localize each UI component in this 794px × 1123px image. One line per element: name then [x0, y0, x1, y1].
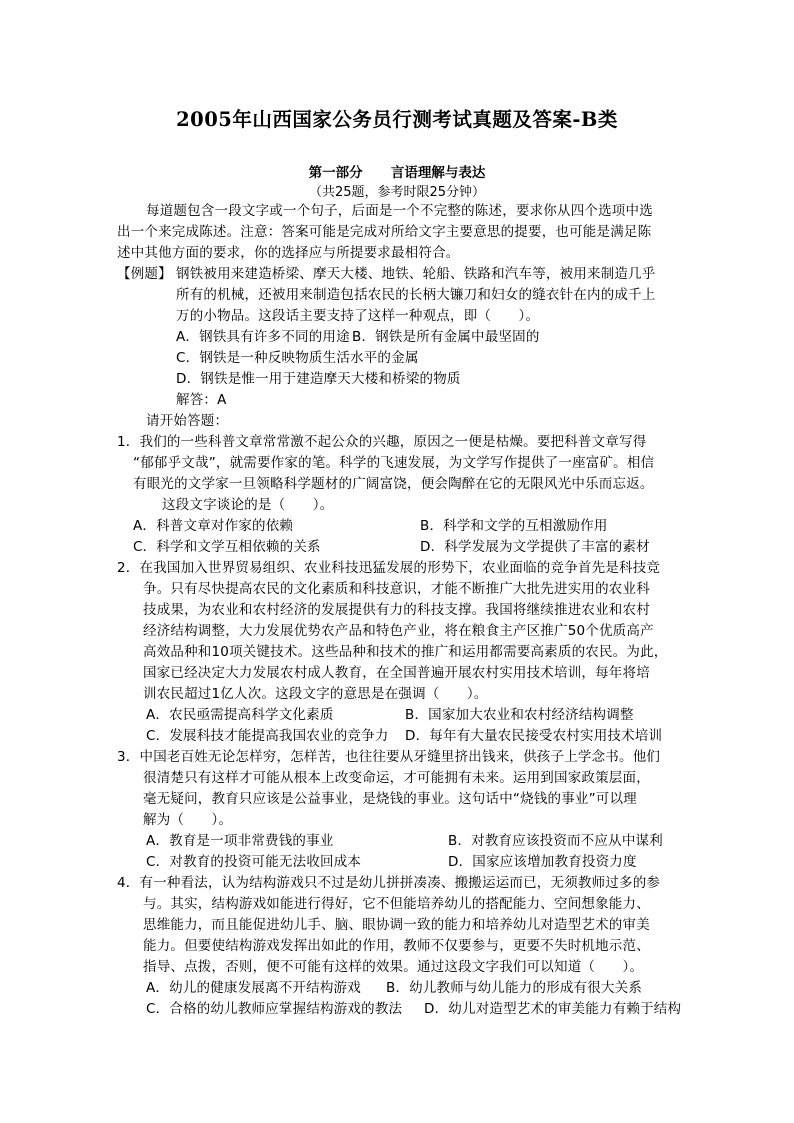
question-2-line: 高效品种和10项关键技术。这些品种和技术的推广和运用都需要高素质的农民。为此， [143, 642, 667, 663]
instructions-line: 每道题包含一段文字或一个句子，后面是一个不完整的陈述，要求你从四个选项中选 [146, 201, 653, 222]
question-4-line: 与。其实，结构游戏如能进行得好，它不但能培养幼儿的搭配能力、空间想象能力、 [143, 894, 650, 915]
example-option-a: A．钢铁具有许多不同的用途 [176, 327, 350, 348]
question-3-option-c: C．对教育的投资可能无法收回成本 [146, 852, 361, 873]
question-1-line: 1．我们的一些科普文章常常激不起公众的兴趣，原因之一便是枯燥。要把科普文章写得 [117, 432, 646, 453]
question-2-option-a: A．农民亟需提高科学文化素质 [146, 705, 334, 726]
question-1-option-c: C．科学和文学互相依赖的关系 [133, 537, 321, 558]
section-subtitle: （共25题，参考时限25分钟） [0, 181, 794, 200]
instructions-line: 出一个来完成陈述。注意：答案可能是完成对所给文字主要意思的提要，也可能是满足陈 [117, 222, 651, 243]
question-2-option-d: D．每年有大量农民接受农村实用技术培训 [405, 726, 662, 747]
question-2-option-b: B．国家加大农业和农村经济结构调整 [405, 705, 634, 726]
question-1-line: 有眼光的文学家一旦领略科学题材的广阔富饶，便会陶醉在它的无限风光中乐而忘返。 [133, 474, 654, 495]
example-line: 钢铁被用来建造桥梁、摩天大楼、地铁、轮船、铁路和汽车等，被用来制造几乎 [176, 264, 656, 285]
question-1-line: 这段文字谈论的是（ ）。 [162, 495, 333, 516]
start-prompt: 请开始答题： [146, 411, 228, 432]
question-1-option-b: B．科学和文学的互相激励作用 [420, 516, 608, 537]
question-2-line: 技成果，为农业和农村经济的发展提供有力的科技支撑。我国将继续推进农业和农村 [143, 600, 650, 621]
question-1-line: “郁郁乎文哉”，就需要作家的笔。科学的飞速发展，为文学写作提供了一座富矿。相信 [133, 453, 654, 474]
question-3-line: 解为（ ）。 [143, 810, 232, 831]
question-4-option-a: A．幼儿的健康发展离不开结构游戏 [146, 978, 361, 999]
section-heading: 第一部分 言语理解与表达 [0, 161, 794, 181]
question-3-line: 很清楚只有这样才可能从根本上改变命运，才可能拥有未来。运用到国家政策层面， [143, 768, 650, 789]
question-2-line: 争。只有尽快提高农民的文化素质和科技意识，才能不断推广大批先进实用的农业科 [143, 579, 650, 600]
instructions-line: 述中其他方面的要求，你的选择应与所提要求最相符合。 [117, 243, 460, 264]
question-4-option-c: C．合格的幼儿教师应掌握结构游戏的教法 [146, 999, 402, 1020]
example-option-b: B．钢铁是所有金属中最坚固的 [352, 327, 540, 348]
question-4-option-b: B．幼儿教师与幼儿能力的形成有很大关系 [386, 978, 642, 999]
question-4-line: 4．有一种看法，认为结构游戏只不过是幼儿拼拼凑凑、搬搬运运而已，无须教师过多的参 [117, 873, 660, 894]
question-2-line: 国家已经决定大力发展农村成人教育，在全国普遍开展农村实用技术培训，每年将培 [143, 663, 650, 684]
question-2-line: 2．在我国加入世界贸易组织、农业科技迅猛发展的形势下，农业面临的竞争首先是科技竞 [117, 558, 660, 579]
example-option-c: C．钢铁是一种反映物质生活水平的金属 [176, 348, 419, 369]
example-line: 万的小物品。这段话主要支持了这样一种观点，即（ ）。 [176, 306, 539, 327]
question-3-option-b: B．对教育应该投资而不应从中谋利 [448, 831, 663, 852]
question-2-line: 经济结构调整，大力发展优势农产品和特色产业，将在粮食主产区推广50个优质高产 [143, 621, 654, 642]
question-4-option-d: D．幼儿对造型艺术的审美能力有赖于结构 [424, 999, 681, 1020]
example-option-d: D．钢铁是惟一用于建造摩天大楼和桥梁的物质 [176, 369, 461, 390]
question-4-line: 指导、点拨，否则，便不可能有这样的效果。通过这段文字我们可以知道（ ）。 [143, 957, 643, 978]
question-2-option-c: C．发展科技才能提高我国农业的竞争力 [146, 726, 389, 747]
question-1-option-d: D．科学发展为文学提供了丰富的素材 [420, 537, 650, 558]
document-title: 2005年山西国家公务员行测考试真题及答案-B类 [0, 104, 794, 132]
question-3-option-d: D．国家应该增加教育投资力度 [448, 852, 637, 873]
question-4-line: 思维能力，而且能促进幼儿手、脑、眼协调一致的能力和培养幼儿对造型艺术的审美 [143, 915, 650, 936]
question-3-line: 毫无疑问，教育只应该是公益事业，是烧钱的事业。这句话中“烧钱的事业”可以理 [143, 789, 637, 810]
example-answer: 解答：A [176, 390, 227, 411]
example-label: 【例题】 [117, 264, 172, 285]
question-2-line: 训农民超过1亿人次。这段文字的意思是在强调（ ）。 [143, 684, 488, 705]
question-1-option-a: A．科普文章对作家的依赖 [133, 516, 293, 537]
question-3-line: 3．中国老百姓无论怎样穷，怎样苦，也往往要从牙缝里挤出钱来，供孩子上学念书。他们 [117, 747, 660, 768]
question-4-line: 能力。但要使结构游戏发挥出如此的作用，教师不仅要参与，更要不失时机地示范、 [143, 936, 650, 957]
question-3-option-a: A．教育是一项非常费钱的事业 [146, 831, 334, 852]
example-line: 所有的机械，还被用来制造包括农民的长柄大镰刀和妇女的缝衣针在内的成千上 [176, 285, 656, 306]
